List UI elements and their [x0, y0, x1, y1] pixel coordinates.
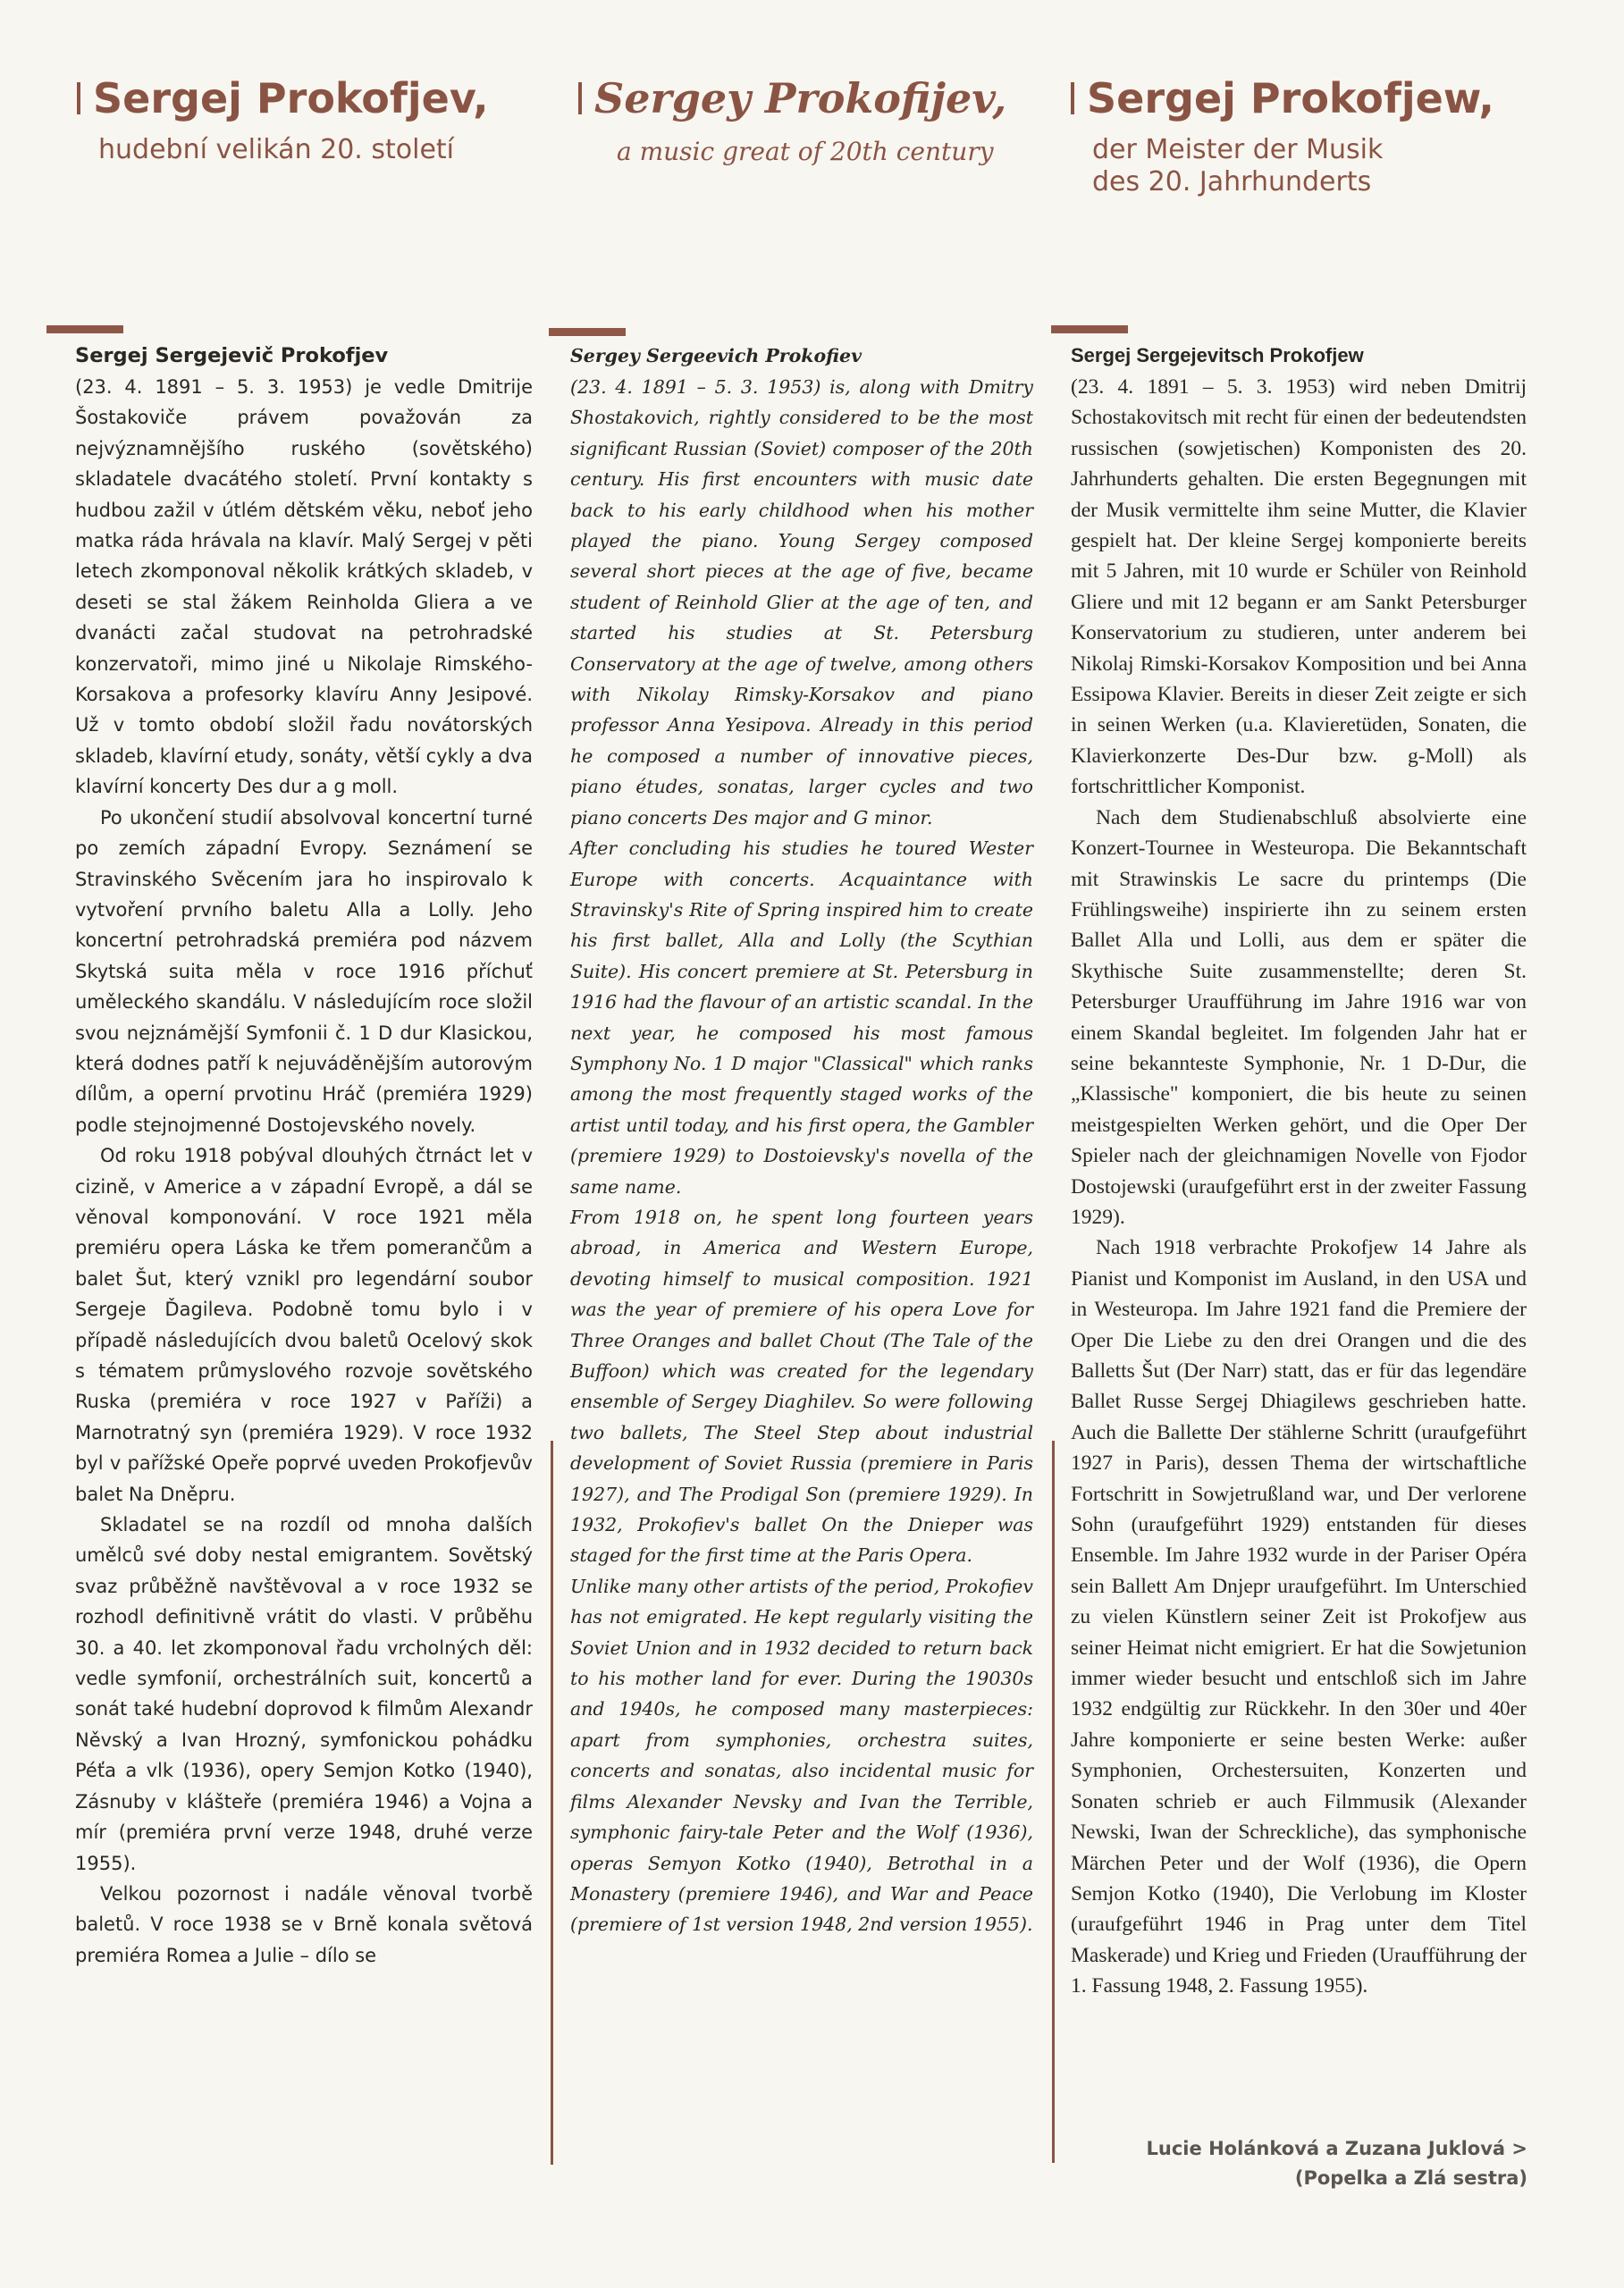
- czech-paragraph: (23. 4. 1891 – 5. 3. 1953) je vedle Dmit…: [75, 372, 533, 803]
- german-subtitle-line1: der Meister der Musik: [1092, 134, 1383, 166]
- english-subtitle: a music great of 20th century: [617, 136, 994, 168]
- german-paragraph: (23. 4. 1891 – 5. 3. 1953) wird neben Dm…: [1071, 372, 1527, 803]
- title-bar-icon: [1071, 82, 1074, 114]
- english-composer-name: Sergey Sergeevich Prokofiev: [570, 340, 1033, 372]
- english-title: Sergey Prokofijev,: [578, 73, 1006, 123]
- czech-paragraph: Skladatel se na rozdíl od mnoha dalších …: [75, 1510, 533, 1879]
- photo-credit: Lucie Holánková a Zuzana Juklová > (Pope…: [1147, 2134, 1527, 2193]
- english-paragraph: From 1918 on, he spent long fourteen yea…: [570, 1202, 1033, 1571]
- czech-paragraph: Od roku 1918 pobýval dlouhých čtrnáct le…: [75, 1140, 533, 1510]
- czech-title: Sergej Prokofjev,: [77, 73, 489, 123]
- czech-article: Sergej Sergejevič Prokofjev (23. 4. 1891…: [75, 340, 533, 1971]
- column-divider-left: [551, 1441, 553, 2165]
- credit-line-2: (Popelka a Zlá sestra): [1147, 2164, 1527, 2193]
- german-article: Sergej Sergejevitsch Prokofjew (23. 4. 1…: [1071, 340, 1527, 2002]
- accent-bar-czech: [46, 325, 123, 333]
- credit-line-1: Lucie Holánková a Zuzana Juklová >: [1147, 2134, 1527, 2164]
- column-divider-right: [1052, 1441, 1055, 2163]
- czech-subtitle: hudební velikán 20. století: [98, 134, 454, 166]
- german-paragraph: Nach dem Studienabschluß absolvierte ein…: [1071, 803, 1527, 1233]
- title-bar-icon: [578, 82, 582, 114]
- czech-composer-name: Sergej Sergejevič Prokofjev: [75, 340, 533, 372]
- accent-bar-english: [549, 328, 626, 336]
- german-subtitle: der Meister der Musik des 20. Jahrhunder…: [1092, 134, 1383, 198]
- english-paragraph: (23. 4. 1891 – 5. 3. 1953) is, along wit…: [570, 372, 1033, 833]
- accent-bar-german: [1051, 325, 1128, 333]
- german-paragraph: Nach 1918 verbrachte Prokofjew 14 Jahre …: [1071, 1232, 1527, 2001]
- czech-title-text: Sergej Prokofjev,: [93, 74, 489, 122]
- german-title: Sergej Prokofjew,: [1071, 73, 1494, 123]
- english-paragraph: Unlike many other artists of the period,…: [570, 1571, 1033, 1940]
- german-title-text: Sergej Prokofjew,: [1087, 74, 1494, 122]
- german-subtitle-line2: des 20. Jahrhunderts: [1092, 166, 1383, 198]
- english-paragraph: After concluding his studies he toured W…: [570, 833, 1033, 1202]
- english-title-text: Sergey Prokofijev,: [594, 74, 1006, 122]
- english-article: Sergey Sergeevich Prokofiev (23. 4. 1891…: [570, 340, 1033, 1940]
- title-bar-icon: [77, 82, 80, 114]
- czech-paragraph: Velkou pozornost i nadále věnoval tvorbě…: [75, 1879, 533, 1971]
- german-composer-name: Sergej Sergejevitsch Prokofjew: [1071, 340, 1527, 372]
- czech-paragraph: Po ukončení studií absolvoval koncertní …: [75, 803, 533, 1140]
